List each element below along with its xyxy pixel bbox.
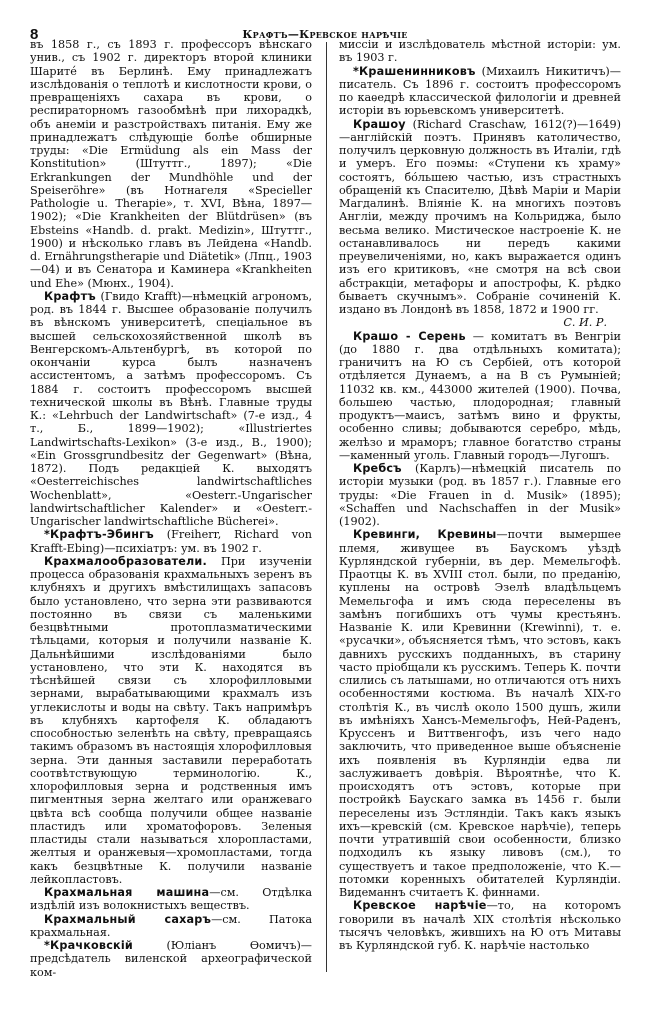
entry-krafft-ebing: *Крафтъ-Эбингъ (Freiherr, Richard von Kr… — [30, 528, 312, 555]
left-column: въ 1858 г., съ 1893 г. профессоръ вѣнска… — [30, 38, 312, 979]
headword: *Крашенинниковъ — [353, 65, 476, 78]
entry-continuation: миссіи и изслѣдователь мѣстной исторіи: … — [339, 38, 621, 65]
headword: Крашо - Серень — [353, 330, 466, 343]
entry-krafft: Крафтъ (Гвидо Krafft)—нѣмецкій агрономъ,… — [30, 290, 312, 529]
entry-continuation: въ 1858 г., съ 1893 г. профессоръ вѣнска… — [30, 38, 312, 290]
author-signature: С. И. Р. — [549, 316, 621, 329]
entry-krevingi: Кревинги, Кревины—почти вымершее племя, … — [339, 528, 621, 899]
entry-crashaw: Крашоу (Richard Craschaw, 1612(?)—1649)—… — [339, 118, 621, 317]
two-column-body: въ 1858 г., съ 1893 г. профессоръ вѣнска… — [30, 38, 624, 998]
headword: Кревское нарѣчіе — [353, 899, 487, 912]
entry-krachkovsky: *Крачковскій (Юліанъ Ѳомичъ)—предсѣдател… — [30, 939, 312, 979]
entry-krasso-szoreny: Крашо - Серень — комитатъ въ Венгріи (до… — [339, 330, 621, 463]
right-column: миссіи и изслѣдователь мѣстной исторіи: … — [339, 38, 621, 952]
entry-leucoplasts: Крахмалообразователи. При изученіи проце… — [30, 555, 312, 886]
headword: *Крачковскій — [44, 939, 133, 952]
headword: Крахмалообразователи. — [44, 555, 207, 568]
entry-krasheninnikov: *Крашенинниковъ (Михаилъ Никитичъ)—писат… — [339, 65, 621, 118]
headword: Кребсъ — [353, 462, 402, 475]
entry-krevskoe-dialect: Кревское нарѣчіе—то, на которомъ говорил… — [339, 899, 621, 952]
headword: Крахмальная машина — [44, 886, 209, 899]
headword: *Крафтъ-Эбингъ — [44, 528, 154, 541]
entry-krebs: Кребсъ (Карлъ)—нѣмецкій писатель по исто… — [339, 462, 621, 528]
headword: Крафтъ — [44, 290, 96, 303]
headword: Крашоу — [353, 118, 406, 131]
headword: Кревинги, Кревины — [353, 528, 496, 541]
column-divider — [326, 42, 327, 972]
headword: Крахмальный сахаръ — [44, 913, 211, 926]
entry-starch-machine: Крахмальная машина—см. Отдѣлка издѣлій и… — [30, 886, 312, 913]
entry-starch-sugar: Крахмальный сахаръ—см. Патока крахмальна… — [30, 913, 312, 940]
